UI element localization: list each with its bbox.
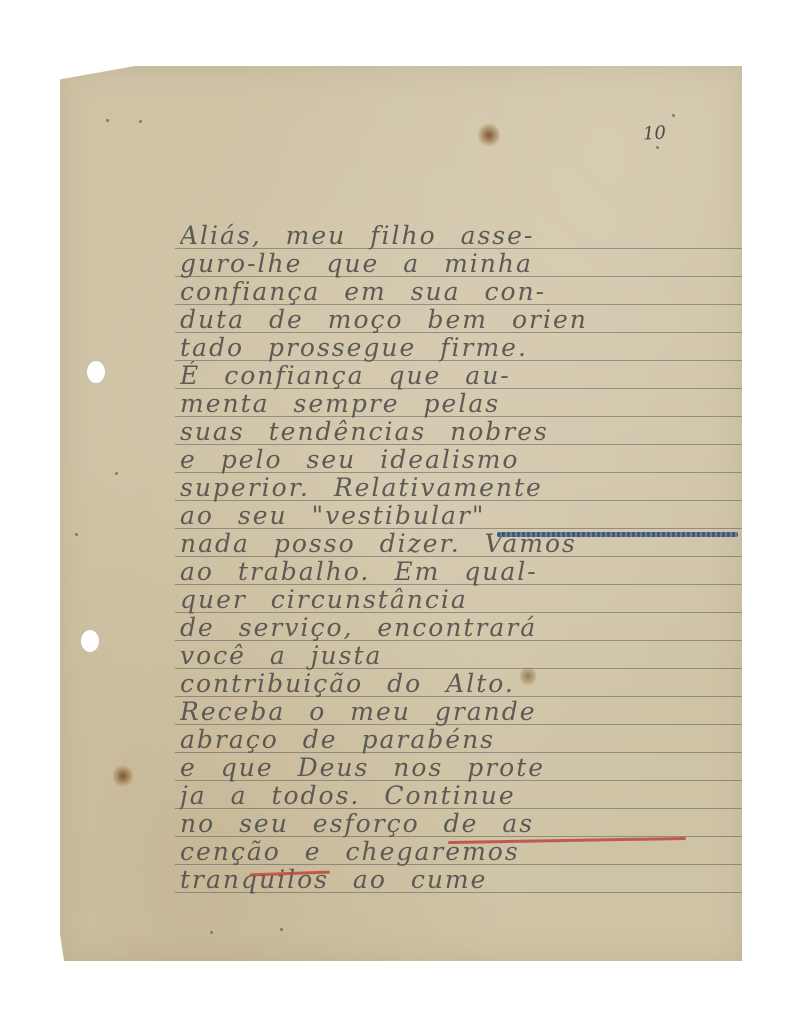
text-line: superior. Relativamente — [180, 472, 740, 502]
text-line: duta de moço bem orien — [180, 304, 740, 334]
text-line: ao trabalho. Em qual- — [180, 556, 740, 586]
text-line: Receba o meu grande — [180, 696, 740, 726]
hole-punch-bottom — [81, 630, 99, 652]
page-number: 10 — [642, 122, 666, 144]
speck — [115, 472, 118, 475]
blue-pencil-underline — [497, 532, 738, 537]
text-line: menta sempre pelas — [180, 388, 740, 418]
speck — [280, 928, 283, 931]
text-line: quer circunstância — [180, 584, 740, 614]
speck — [210, 931, 213, 934]
speck — [139, 120, 142, 123]
text-line: É confiança que au- — [180, 360, 740, 390]
text-line: tado prossegue firme. — [180, 332, 740, 362]
text-line: e pelo seu idealismo — [180, 444, 740, 474]
text-line: abraço de parabéns — [180, 724, 740, 754]
text-line: ja a todos. Continue — [180, 780, 740, 810]
text-line: tranquilos ao cume — [180, 864, 740, 894]
speck — [75, 533, 78, 536]
speck — [106, 119, 109, 122]
text-line: e que Deus nos prote — [180, 752, 740, 782]
stain-top — [478, 123, 500, 147]
speck — [656, 146, 659, 149]
text-line: confiança em sua con- — [180, 276, 740, 306]
text-line: ao seu "vestibular" — [180, 500, 740, 530]
hole-punch-top — [87, 361, 105, 383]
text-line: no seu esforço de as — [180, 808, 740, 838]
text-line: contribuição do Alto. — [180, 668, 740, 698]
stain-left — [113, 765, 133, 787]
text-line: guro-lhe que a minha — [180, 248, 740, 278]
text-line: de serviço, encontrará — [180, 612, 740, 642]
text-line: Aliás, meu filho asse- — [180, 220, 740, 250]
text-line: você a justa — [180, 640, 740, 670]
text-line: suas tendências nobres — [180, 416, 740, 446]
speck — [672, 114, 675, 117]
